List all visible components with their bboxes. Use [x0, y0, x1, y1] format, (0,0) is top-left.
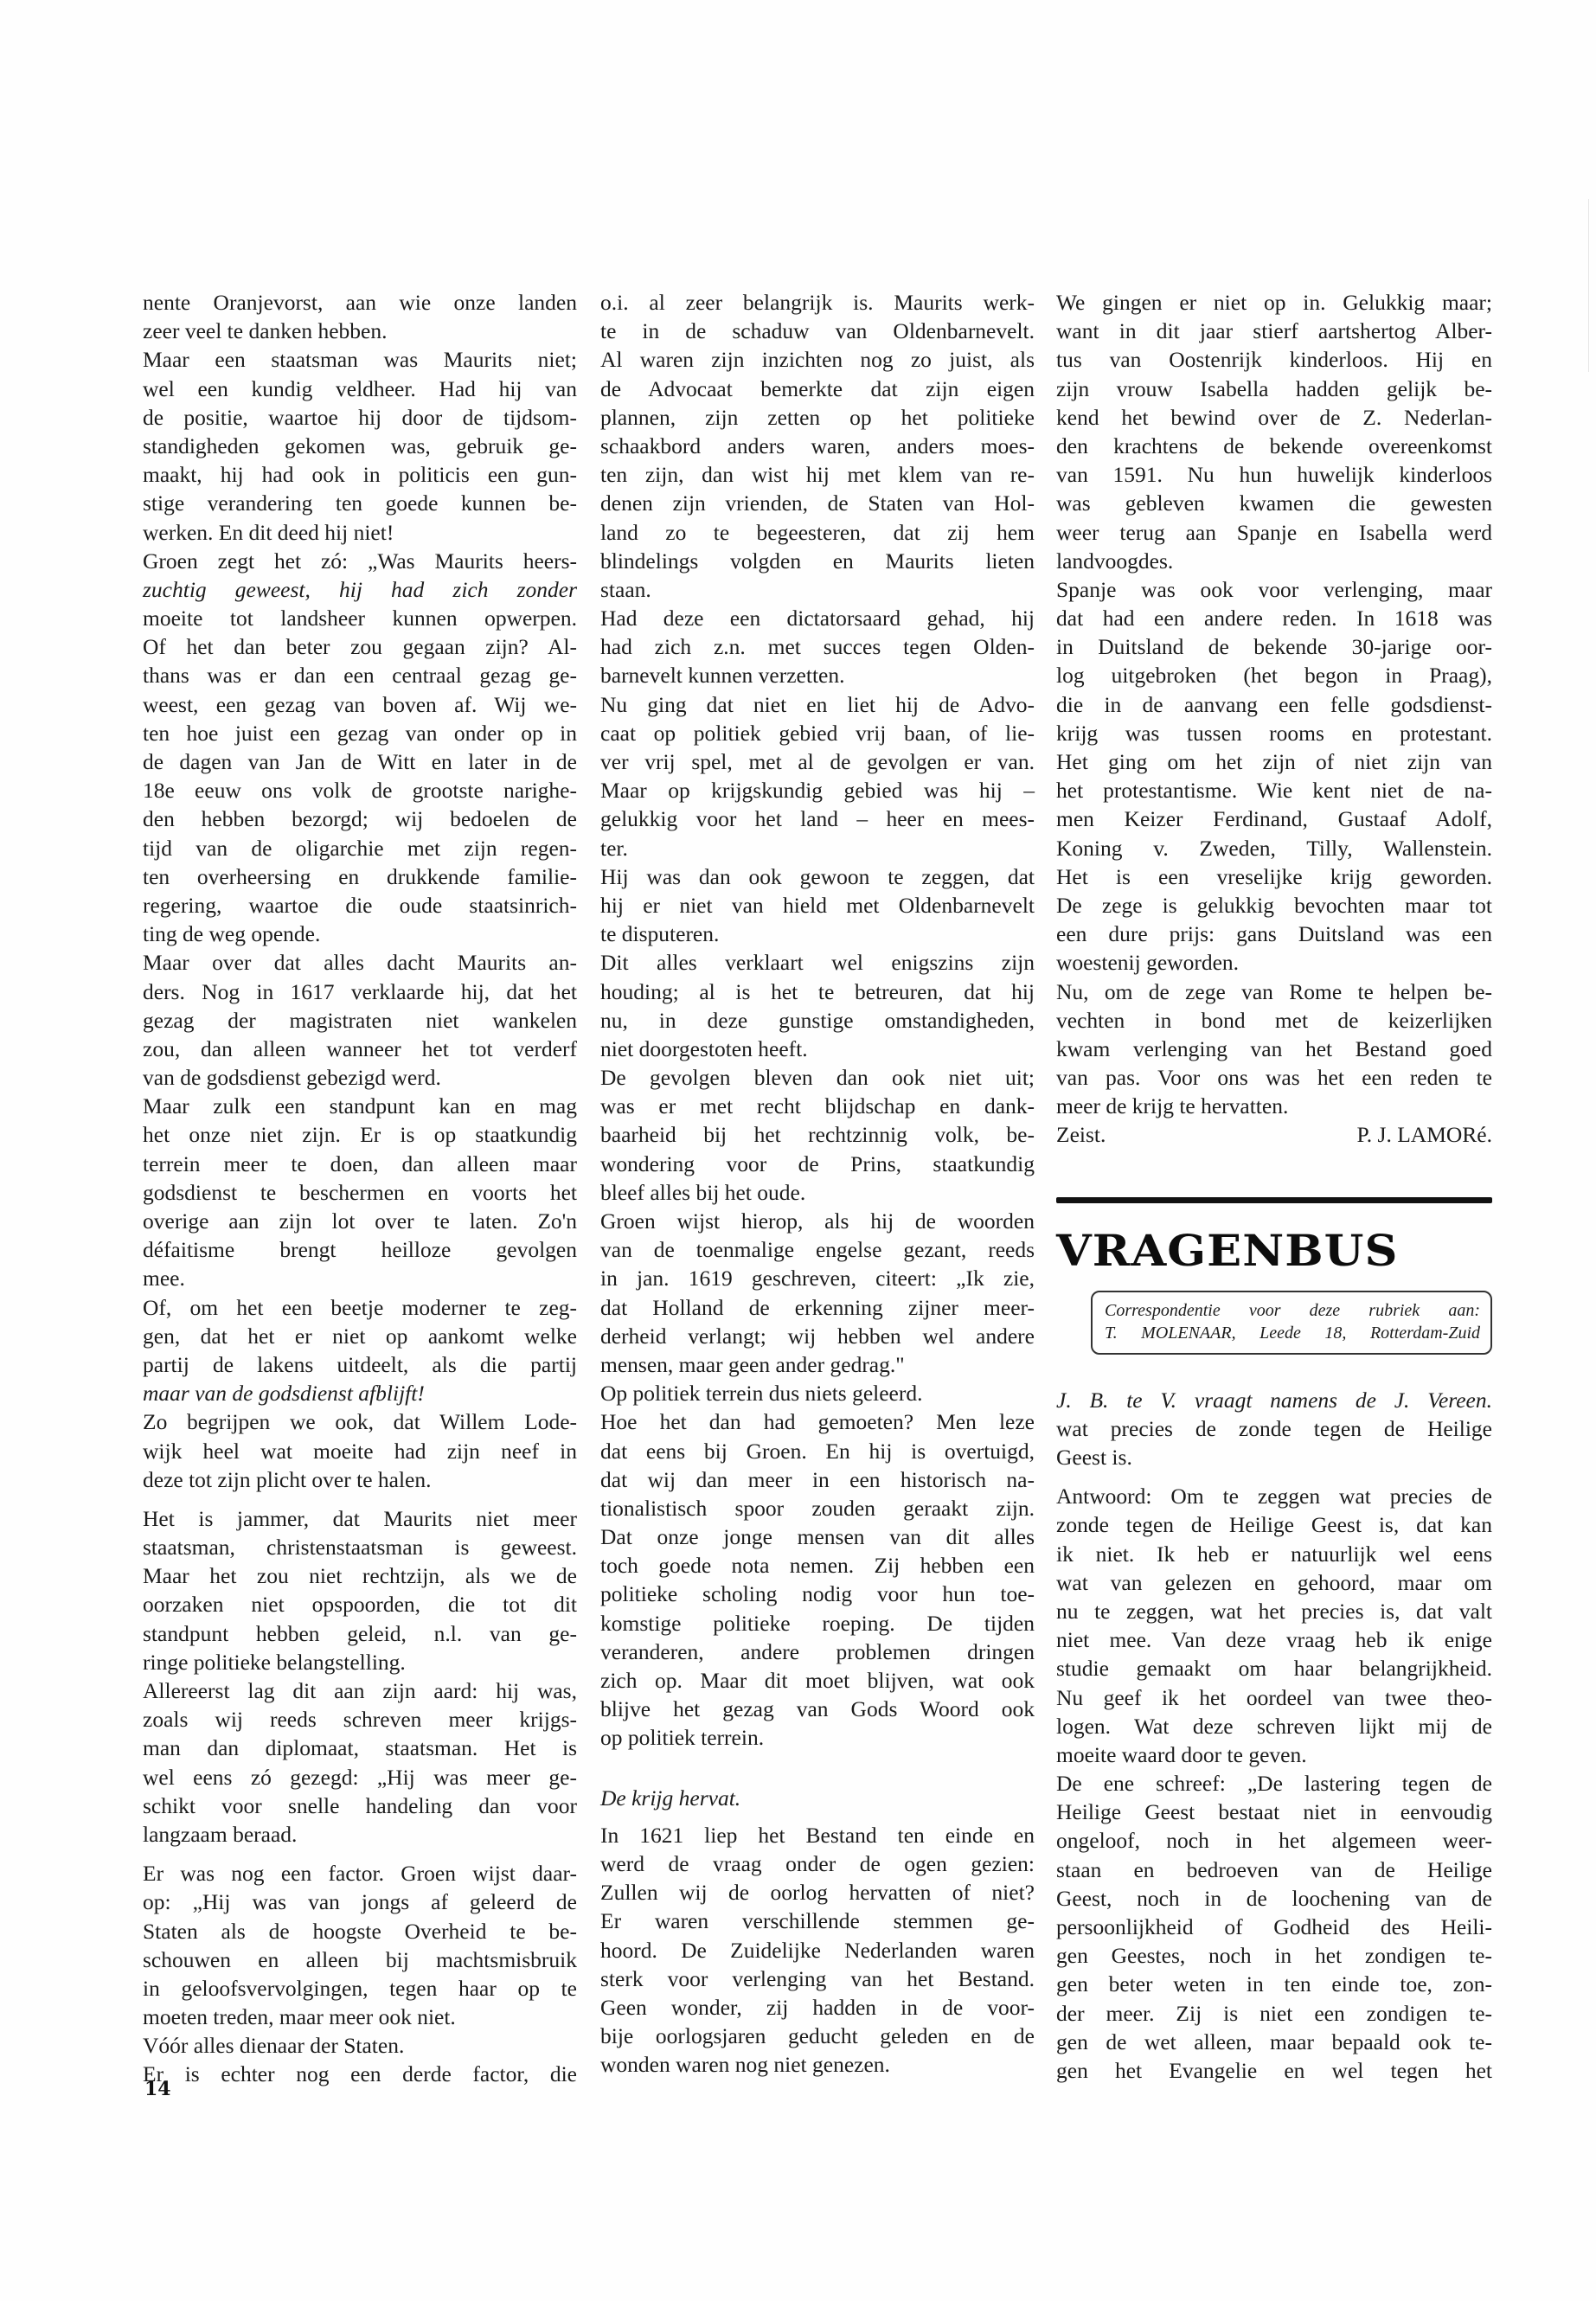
answer-line: zonde tegen de Heilige Geest is, dat kan [1056, 1510, 1492, 1539]
text-line: moeten treden, maar meer ook niet. [143, 2003, 577, 2031]
text-line: maar van de godsdienst afblijft! [143, 1379, 577, 1407]
text-line: Zo begrijpen we ook, dat Willem Lode- [143, 1407, 577, 1436]
text-line: land zo te begeesteren, dat zij hem [600, 518, 1035, 547]
text-line: mee. [143, 1264, 577, 1292]
section-gap [1056, 1355, 1492, 1386]
text-line: het onze niet zijn. Er is op staatkundig [143, 1120, 577, 1149]
text-line: de dagen van Jan de Witt en later in de [143, 747, 577, 776]
contact-address: T. MOLENAAR, Leede 18, Rotterdam-Zuid [1105, 1322, 1480, 1344]
text-line: terrein meer te doen, dan alleen maar [143, 1150, 577, 1178]
text-line: stige verandering ten goede kunnen be- [143, 489, 577, 517]
text-line: zeer veel te danken hebben. [143, 317, 577, 345]
text-line: Had deze een dictatorsaard gehad, hij [600, 604, 1035, 632]
signature-author: P. J. LAMORé. [1356, 1120, 1492, 1149]
text-line: Dat onze jonge mensen van dit alles [600, 1522, 1035, 1551]
text-line: Spanje was ook voor verlenging, maar [1056, 575, 1492, 604]
text-line: tijd van de oligarchie met zijn regen- [143, 834, 577, 862]
text-line: ver vrij spel, met al de gevolgen er van… [600, 747, 1035, 776]
answer-line: Antwoord: Om te zeggen wat precies de [1056, 1482, 1492, 1510]
text-line: Maar zulk een standpunt kan en mag [143, 1092, 577, 1120]
text-line: maakt, hij had ook in politicis een gun- [143, 460, 577, 489]
text-line: want in dit jaar stierf aartshertog Albe… [1056, 317, 1492, 345]
text-line: Of, om het een beetje moderner te zeg- [143, 1293, 577, 1322]
text-line: politieke scholing nodig voor hun toe- [600, 1580, 1035, 1608]
text-line: het protestantisme. Wie kent niet de na- [1056, 776, 1492, 804]
column-middle: o.i. al zeer belangrijk is. Maurits werk… [600, 288, 1035, 2079]
text-line: Het is een vreselijke krijg geworden. [1056, 862, 1492, 891]
text-line: Of het dan beter zou gegaan zijn? Al- [143, 632, 577, 661]
text-line: wonden waren nog niet genezen. [600, 2050, 1035, 2079]
signature-place: Zeist. [1056, 1120, 1106, 1149]
answer-line: staan en bedroeven van de Heilige [1056, 1856, 1492, 1884]
text-line: in Duitsland de bekende 30-jarige oor- [1056, 632, 1492, 661]
text-line: gezag der magistraten niet wankelen [143, 1006, 577, 1035]
text-line: Het is jammer, dat Maurits niet meer [143, 1504, 577, 1533]
text-line: Er was nog een factor. Groen wijst daar- [143, 1859, 577, 1888]
text-line: partij de lakens uitdeelt, als die parti… [143, 1350, 577, 1379]
answer-line: nu te zeggen, wat het precies is, dat va… [1056, 1597, 1492, 1625]
text-line: houding; al is het te betreuren, dat hij [600, 977, 1035, 1006]
text-line: Groen wijst hierop, als hij de woorden [600, 1207, 1035, 1235]
text-line: Geen wonder, zij hadden in de voor- [600, 1993, 1035, 2022]
text-line: den krachtens de bekende overeenkomst [1056, 432, 1492, 460]
text-line: nu, in deze gunstige omstandigheden, [600, 1006, 1035, 1035]
text-line: in jan. 1619 geschreven, citeert: „Ik zi… [600, 1264, 1035, 1292]
text-line: had zich z.n. met succes tegen Olden- [600, 632, 1035, 661]
text-line: Maar het zou niet rechtzijn, als we de [143, 1561, 577, 1590]
text-line: o.i. al zeer belangrijk is. Maurits werk… [600, 288, 1035, 317]
text-line: nente Oranjevorst, aan wie onze landen [143, 288, 577, 317]
answer-line: gen beter weten in ten einde toe, zon- [1056, 1970, 1492, 1998]
text-line: schikt voor snelle handeling dan voor [143, 1791, 577, 1820]
text-line: plannen, zijn zetten op het politieke [600, 403, 1035, 432]
text-line: Hoe het dan had gemoeten? Men leze [600, 1407, 1035, 1436]
text-line: op politiek terrein. [600, 1723, 1035, 1752]
text-line: mensen, maar geen ander gedrag." [600, 1350, 1035, 1379]
text-line: barnevelt kunnen verzetten. [600, 661, 1035, 689]
answer-line: wat van gelezen en gehoord, maar om [1056, 1568, 1492, 1597]
text-line: De gevolgen bleven dan ook niet uit; [600, 1063, 1035, 1092]
text-line: van de toenmalige engelse gezant, reeds [600, 1235, 1035, 1264]
text-line: Al waren zijn inzichten nog zo juist, al… [600, 345, 1035, 374]
paragraph-gap [1056, 1471, 1492, 1482]
text-line: We gingen er niet op in. Gelukkig maar; [1056, 288, 1492, 317]
text-line: caat op politiek gebied vrij baan, of li… [600, 719, 1035, 747]
text-line: de Advocaat bemerkte dat zijn eigen [600, 375, 1035, 403]
text-line: zou, dan alleen wanneer het tot verderf [143, 1035, 577, 1063]
text-line: Vóór alles dienaar der Staten. [143, 2031, 577, 2060]
answer-line: logen. Wat deze schreven lijkt mij de [1056, 1712, 1492, 1740]
text-line: Maar een staatsman was Maurits niet; [143, 345, 577, 374]
answer-line: gen het Evangelie en wel tegen het [1056, 2056, 1492, 2085]
answer-line: gen de wet alleen, maar bepaald ook te- [1056, 2028, 1492, 2056]
text-line: zijn vrouw Isabella hadden gelijk be- [1056, 375, 1492, 403]
subheading-de-krijg-hervat: De krijg hervat. [600, 1784, 1035, 1812]
text-line: werken. En dit deed hij niet! [143, 518, 577, 547]
text-line: zich op. Maar dit moet blijven, wat ook [600, 1666, 1035, 1695]
text-line: Maar op krijgskundig gebied was hij – [600, 776, 1035, 804]
text-line: ders. Nog in 1617 verklaarde hij, dat he… [143, 977, 577, 1006]
paragraph-gap [143, 1849, 577, 1859]
answer-line: gen Geestes, noch in het zondigen te- [1056, 1941, 1492, 1970]
text-line: die in de aanvang een felle godsdienst- [1056, 690, 1492, 719]
text-line: overige aan zijn lot over te laten. Zo'n [143, 1207, 577, 1235]
text-line: Staten als de hoogste Overheid te be- [143, 1917, 577, 1945]
text-line: den hebben bezorgd; wij bedoelen de [143, 804, 577, 833]
magazine-page: nente Oranjevorst, aan wie onze landen z… [0, 0, 1596, 2301]
answer-line: persoonlijkheid of Godheid des Heili- [1056, 1913, 1492, 1941]
text-line: weest, een gezag van boven af. Wij we- [143, 690, 577, 719]
text-line: denen zijn vrienden, de Staten van Hol- [600, 489, 1035, 517]
text-line: woestenij geworden. [1056, 948, 1492, 977]
text-line: hoord. De Zuidelijke Nederlanden waren [600, 1936, 1035, 1965]
text-line: deze tot zijn plicht over te halen. [143, 1465, 577, 1494]
text-line: zuchtig geweest, hij had zich zonder [143, 575, 577, 604]
text-line: tionalistisch spoor zouden geraakt zijn. [600, 1494, 1035, 1522]
text-line: De zege is gelukkig bevochten maar tot [1056, 891, 1492, 920]
text-line: wel eens zó gezegd: „Hij was meer ge- [143, 1763, 577, 1791]
text-line: hij er niet van hield met Oldenbarnevelt [600, 891, 1035, 920]
text-line: derheid verlangt; wij hebben wel andere [600, 1322, 1035, 1350]
text-line: wondering voor de Prins, staatkundig [600, 1150, 1035, 1178]
text-line: Zullen wij de oorlog hervatten of niet? [600, 1878, 1035, 1907]
text-line: Allereerst lag dit aan zijn aard: hij wa… [143, 1676, 577, 1705]
text-line: te disputeren. [600, 920, 1035, 948]
vragenbus-heading: VRAGENBUS [1056, 1225, 1514, 1277]
answer-line: Geest, noch in de loochening van de [1056, 1884, 1492, 1913]
text-line: een dure prijs: gans Duitsland was een [1056, 920, 1492, 948]
text-line: komstige politieke roeping. De tijden [600, 1609, 1035, 1638]
answer-line: ongeloof, noch in het algemeen weer- [1056, 1826, 1492, 1855]
page-number: 14 [144, 2078, 171, 2100]
text-line: Nu, om de zege van Rome te helpen be- [1056, 977, 1492, 1006]
text-line: ringe politieke belangstelling. [143, 1648, 577, 1676]
text-line: standpunt hebben geleid, n.l. van ge- [143, 1619, 577, 1648]
text-line: toch goede nota nemen. Zij hebben een [600, 1551, 1035, 1580]
column-left: nente Oranjevorst, aan wie onze landen z… [143, 288, 577, 2089]
answer-line: Heilige Geest bestaat niet in eenvoudig [1056, 1798, 1492, 1826]
text-line: wijk heel wat moeite had zijn neef in [143, 1437, 577, 1465]
text-line: ten overheersing en drukkende familie- [143, 862, 577, 891]
text-line: men Keizer Ferdinand, Gustaaf Adolf, [1056, 804, 1492, 833]
text-line: van pas. Voor ons was het een reden te [1056, 1063, 1492, 1092]
text-line: blindelings volgden en Maurits lieten [600, 547, 1035, 575]
text-line: Het ging om het zijn of niet zijn van [1056, 747, 1492, 776]
text-line: tus van Oostenrijk kinderloos. Hij en [1056, 345, 1492, 374]
text-line: staatsman, christenstaatsman is geweest. [143, 1533, 577, 1561]
answer-line: der meer. Zij is niet een zondigen te- [1056, 1999, 1492, 2028]
text-line: schouwen en alleen bij machtsmisbruik [143, 1945, 577, 1974]
text-line: krijg was tussen rooms en protestant. [1056, 719, 1492, 747]
text-line: Er is echter nog een derde factor, die [143, 2060, 577, 2088]
text-line: wel een kundig veldheer. Had hij van [143, 375, 577, 403]
text-line: niet doorgestoten heeft. [600, 1035, 1035, 1063]
text-line: baarheid bij het rechtzinnig volk, be- [600, 1120, 1035, 1149]
text-line: thans was er dan een centraal gezag ge- [143, 661, 577, 689]
text-line: Hij was dan ook gewoon te zeggen, dat [600, 862, 1035, 891]
text-line: te in de schaduw van Oldenbarnevelt. [600, 317, 1035, 345]
text-line: in geloofsvervolgingen, tegen haar op te [143, 1974, 577, 2003]
article-signature: Zeist. P. J. LAMORé. [1056, 1120, 1492, 1149]
text-line: regering, waartoe die oude staatsinrich- [143, 891, 577, 920]
text-line: was gebleven kwamen die gewesten [1056, 489, 1492, 517]
text-line: moeite tot landsheer kunnen opwerpen. [143, 604, 577, 632]
text-line: werd de vraag onder de ogen gezien: [600, 1849, 1035, 1878]
text-line: dat had een andere reden. In 1618 was [1056, 604, 1492, 632]
text-line: vechten in bond met de keizerlijken [1056, 1006, 1492, 1035]
answer-line: ik niet. Ik heb er natuurlijk wel eens [1056, 1540, 1492, 1568]
text-line: In 1621 liep het Bestand ten einde en [600, 1821, 1035, 1849]
text-line: ten hoe juist een gezag van onder op in [143, 719, 577, 747]
text-line: oorzaken niet opspoorden, die tot dit [143, 1590, 577, 1618]
text-line: bije oorlogsjaren geducht geleden en de [600, 2022, 1035, 2050]
text-line: 18e eeuw ons volk de grootste narighe- [143, 776, 577, 804]
text-line: log uitgebroken (het begon in Praag), [1056, 661, 1492, 689]
text-line: Er waren verschillende stemmen ge- [600, 1907, 1035, 1935]
text-line: kend het bewind over de Z. Nederlan- [1056, 403, 1492, 432]
answer-line: moeite waard door te geven. [1056, 1740, 1492, 1769]
text-line: Groen zegt het zó: „Was Maurits heers- [143, 547, 577, 575]
question-line: wat precies de zonde tegen de Heilige [1056, 1414, 1492, 1443]
text-line: ter. [600, 834, 1035, 862]
text-line: was er met recht blijdschap en dank- [600, 1092, 1035, 1120]
section-divider [1056, 1197, 1492, 1203]
text-line: godsdienst te beschermen en voorts het [143, 1178, 577, 1207]
text-line: de positie, waartoe hij door de tijdsom- [143, 403, 577, 432]
text-line: Koning v. Zweden, Tilly, Wallenstein. [1056, 834, 1492, 862]
question-line: J. B. te V. vraagt namens de J. Vereen. [1056, 1386, 1492, 1414]
text-line: langzaam beraad. [143, 1820, 577, 1849]
text-line: Maar over dat alles dacht Maurits an- [143, 948, 577, 977]
text-line: Nu ging dat niet en liet hij de Advo- [600, 690, 1035, 719]
scan-edge-mark [1588, 199, 1589, 372]
paragraph-gap [143, 1494, 577, 1504]
text-line: ten zijn, dan wist hij met klem van re- [600, 460, 1035, 489]
text-line: gen, dat het er niet op aankomt welke [143, 1322, 577, 1350]
text-line: kwam verlenging van het Bestand goed [1056, 1035, 1492, 1063]
answer-line: niet mee. Van deze vraag heb ik enige [1056, 1625, 1492, 1654]
text-line: dat eens bij Groen. En hij is overtuigd, [600, 1437, 1035, 1465]
text-line: défaitisme brengt heilloze gevolgen [143, 1235, 577, 1264]
text-line: dat wij dan meer in een historisch na- [600, 1465, 1035, 1494]
text-line: staan. [600, 575, 1035, 604]
text-line: meer de krijg te hervatten. [1056, 1092, 1492, 1120]
answer-line: studie gemaakt om haar belangrijkheid. [1056, 1654, 1492, 1682]
text-line: op: „Hij was van jongs af geleerd de [143, 1888, 577, 1916]
text-line: veranderen, andere problemen dringen [600, 1638, 1035, 1666]
text-line: bleef alles bij het oude. [600, 1178, 1035, 1207]
section-gap [600, 1753, 1035, 1784]
text-line: blijve het gezag van Gods Woord ook [600, 1695, 1035, 1723]
text-line: Op politiek terrein dus niets geleerd. [600, 1379, 1035, 1407]
text-line: weer terug aan Spanje en Isabella werd [1056, 518, 1492, 547]
text-line: dat Holland de erkenning zijner meer- [600, 1293, 1035, 1322]
text-line: van de godsdienst gebezigd werd. [143, 1063, 577, 1092]
answer-line: De ene schreef: „De lastering tegen de [1056, 1769, 1492, 1798]
text-line: standigheden gekomen was, gebruik ge- [143, 432, 577, 460]
text-line: van 1591. Nu hun huwelijk kinderloos [1056, 460, 1492, 489]
text-line: gelukkig voor het land – heer en mees- [600, 804, 1035, 833]
contact-line: Correspondentie voor deze rubriek aan: [1105, 1299, 1480, 1322]
text-line: sterk voor verlenging van het Bestand. [600, 1965, 1035, 1993]
text-line: Dit alles verklaart wel enigszins zijn [600, 948, 1035, 977]
column-right: We gingen er niet op in. Gelukkig maar; … [1056, 288, 1492, 2085]
text-line: schaakbord anders waren, anders moes- [600, 432, 1035, 460]
text-line: landvoogdes. [1056, 547, 1492, 575]
answer-line: Nu geef ik het oordeel van twee theo- [1056, 1683, 1492, 1712]
text-line: zoals wij reeds schreven meer krijgs- [143, 1705, 577, 1734]
text-line: ting de weg opende. [143, 920, 577, 948]
text-line: man dan diplomaat, staatsman. Het is [143, 1734, 577, 1762]
contact-box: Correspondentie voor deze rubriek aan: T… [1091, 1291, 1492, 1355]
question-line: Geest is. [1056, 1443, 1492, 1471]
